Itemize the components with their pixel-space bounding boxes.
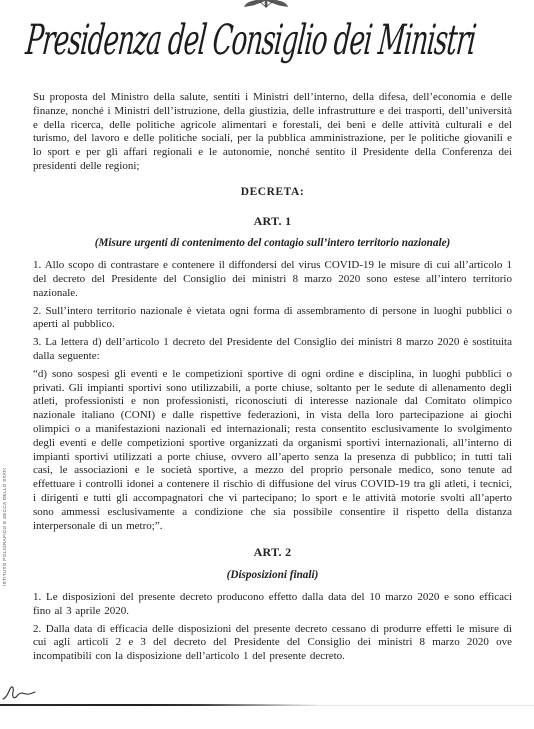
printer-imprint-vertical-text: ISTITUTO POLIGRAFICO E ZECCA DELLO STATO (2, 468, 12, 586)
article-2-paragraph-1: 1. Le disposizioni del presente decreto … (33, 591, 512, 619)
letterhead-script-title: Presidenza del Consiglio dei Ministri (24, 17, 515, 65)
article-1-paragraph-2: 2. Sull’intero territorio nazionale è vi… (33, 305, 512, 333)
article-1-subtitle: (Misure urgenti di contenimento del cont… (33, 237, 512, 251)
article-2-heading: ART. 2 (33, 546, 512, 560)
state-eagle-emblem-icon (243, 0, 289, 10)
document-page: Presidenza del Consiglio dei Ministri Su… (0, 0, 534, 729)
pen-squiggle-mark (2, 684, 48, 704)
article-1-paragraph-1: 1. Allo scopo di contrastare e contenere… (33, 259, 512, 300)
article-1-heading: ART. 1 (33, 215, 512, 229)
article-2-subtitle: (Disposizioni finali) (33, 569, 512, 583)
decree-body: Su proposta del Ministro della salute, s… (0, 91, 534, 668)
decreta-label: DECRETA: (33, 186, 512, 200)
preamble-paragraph: Su proposta del Ministro della salute, s… (33, 91, 512, 174)
article-1-paragraph-3: 3. La lettera d) dell’articolo 1 decreto… (33, 336, 512, 364)
article-1-paragraph-d-quote: “d) sono sospesi gli eventi e le competi… (33, 368, 512, 534)
article-1: ART. 1 (Misure urgenti di contenimento d… (33, 215, 512, 534)
scan-edge-line-faint (0, 705, 534, 706)
article-2-paragraph-2: 2. Dalla data di efficacia delle disposi… (33, 623, 512, 664)
article-2: ART. 2 (Disposizioni finali) 1. Le dispo… (33, 546, 512, 664)
